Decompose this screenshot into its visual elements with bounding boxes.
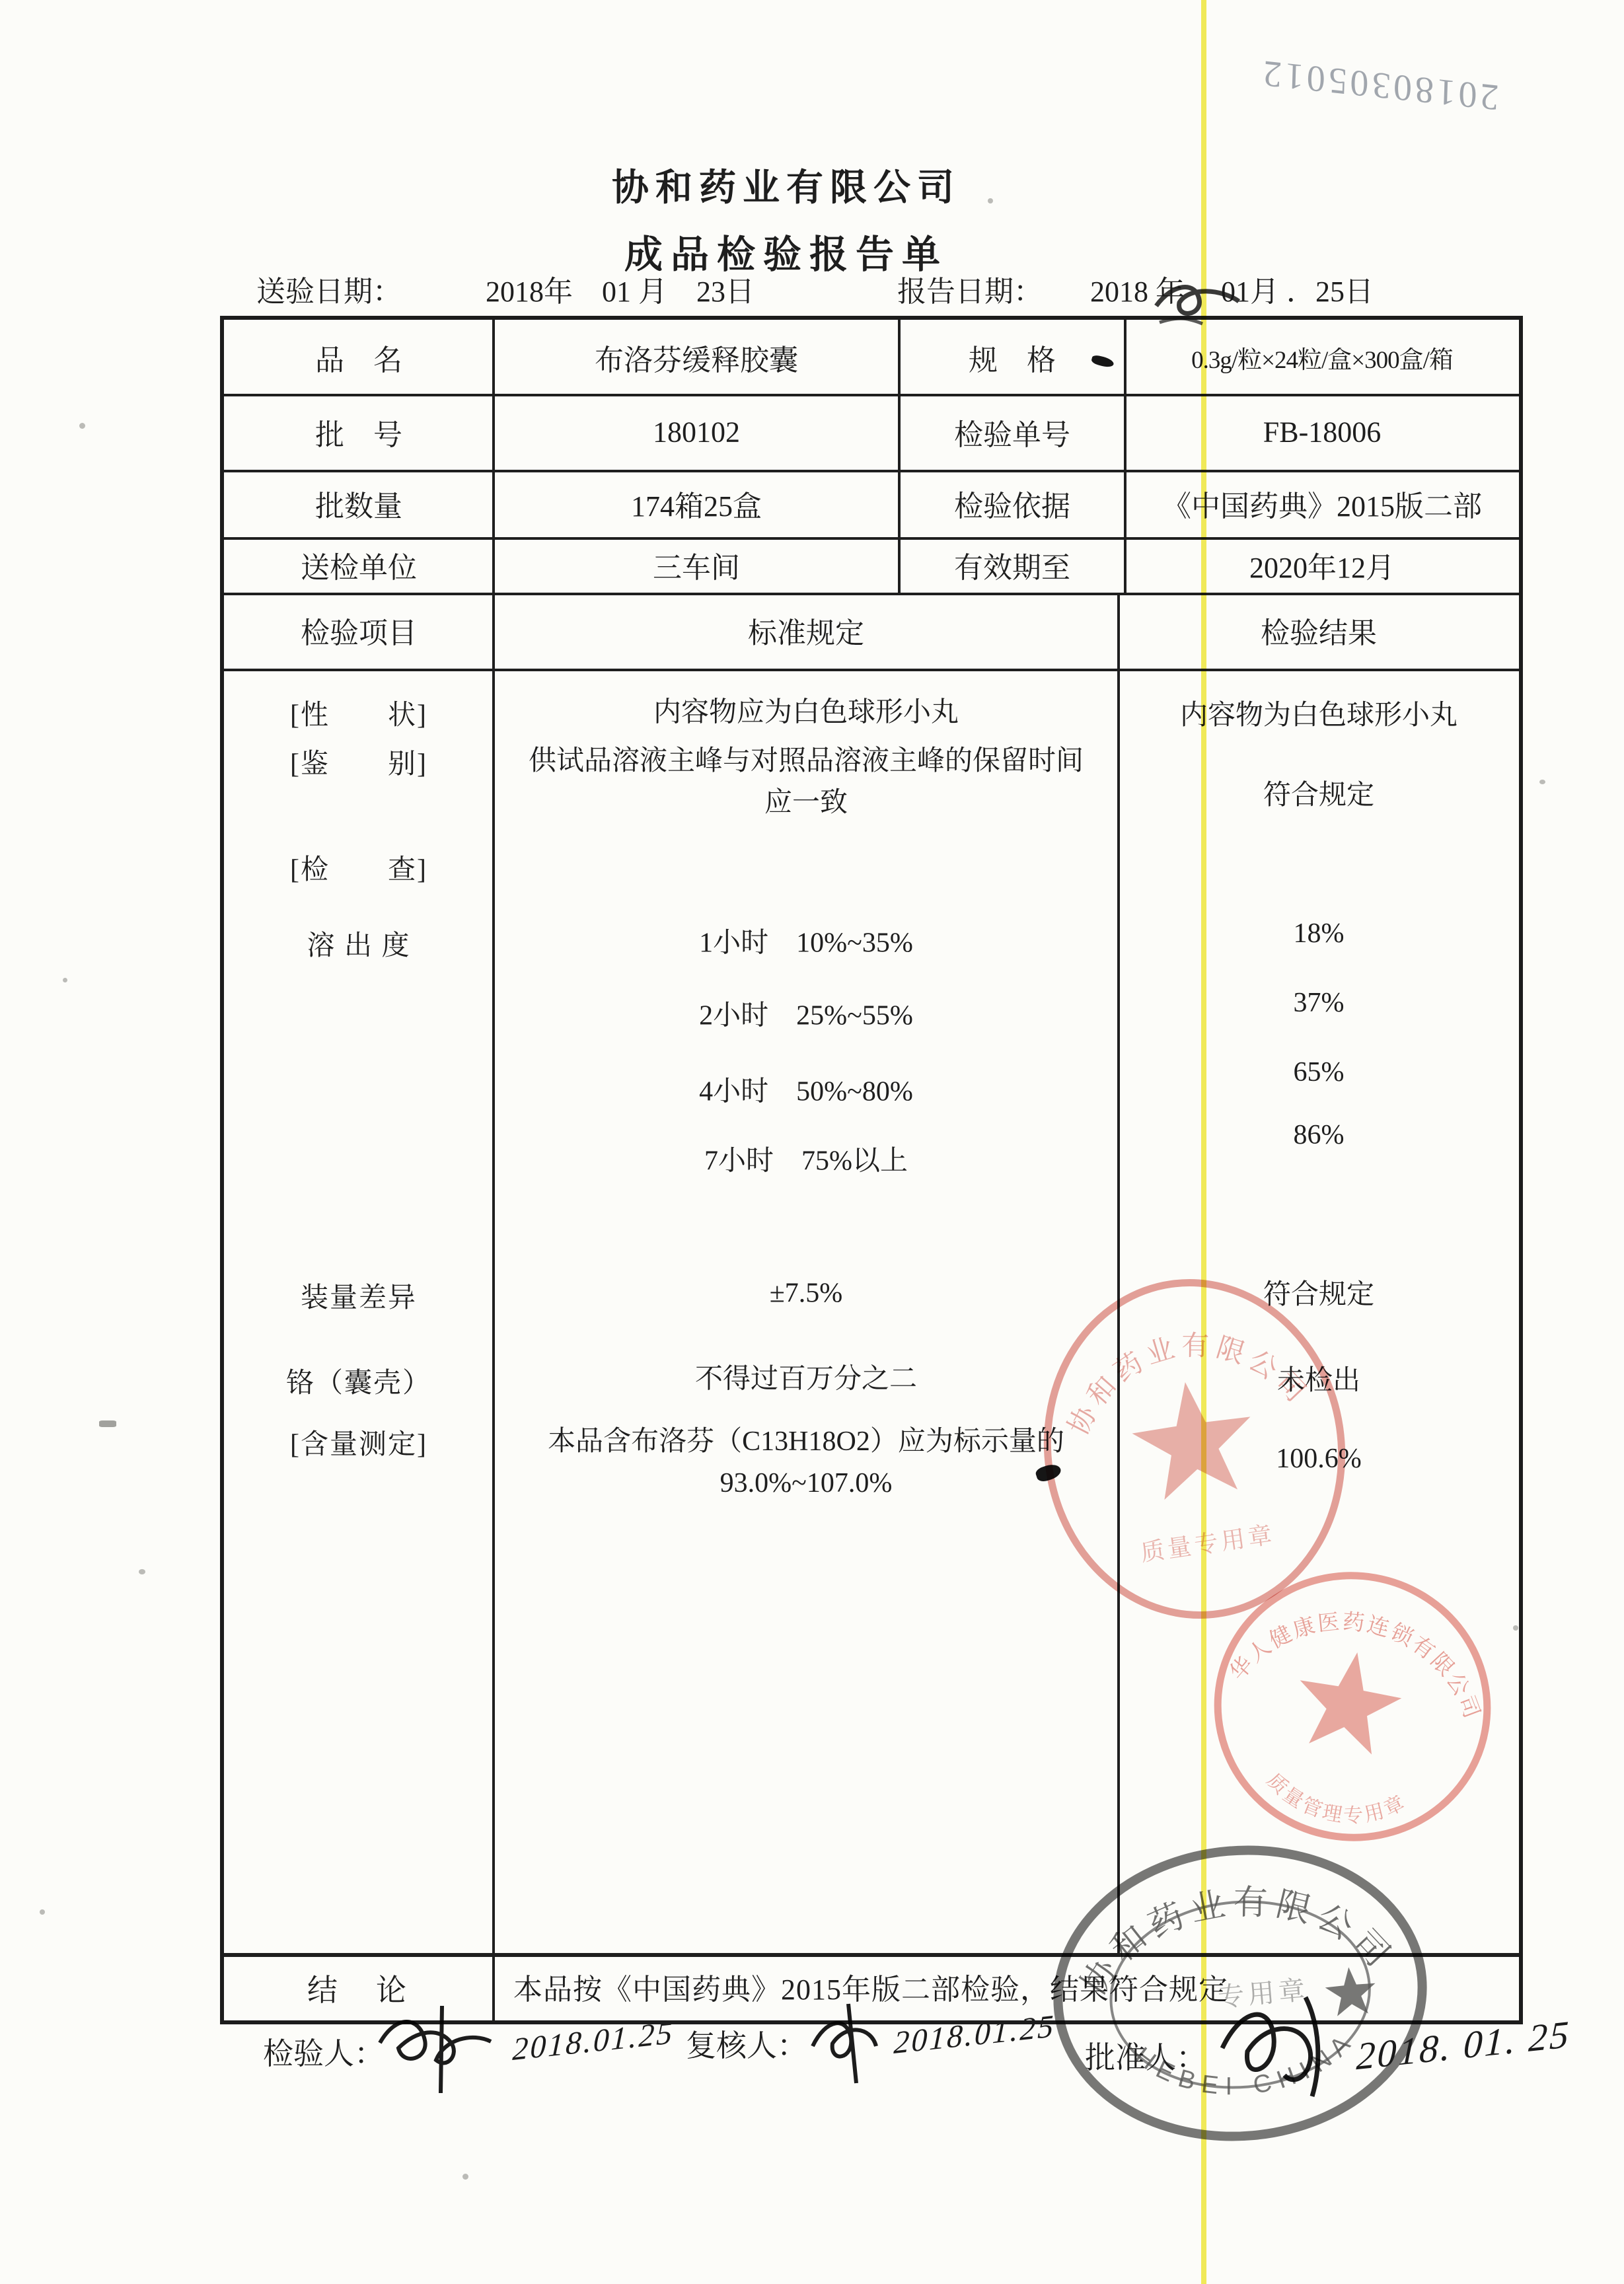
scan-speck xyxy=(139,1569,145,1574)
table-line xyxy=(224,470,1519,472)
test-result: 内容物为白色球形小丸 xyxy=(1124,693,1514,733)
submit-date-label: 送验日期： xyxy=(256,268,435,310)
svg-text:质量管理专用章: 质量管理专用章 xyxy=(1258,1767,1413,1838)
table-line xyxy=(224,537,1519,540)
column-header: 检验结果 xyxy=(1119,609,1519,651)
test-result: 符合规定 xyxy=(1124,773,1514,813)
scan-mark xyxy=(99,1420,116,1427)
test-item: 溶 出 度 xyxy=(229,924,488,963)
field-label: 规 格 xyxy=(899,336,1125,379)
scanned-inspection-report: 20180305012 协和药业有限公司 成品检验报告单 送验日期： 2018年… xyxy=(0,0,1624,2284)
scan-speck xyxy=(1539,780,1545,784)
field-value: 180102 xyxy=(494,416,899,449)
test-standard: 4小时 50%~80% xyxy=(499,1072,1113,1113)
field-value: FB-18006 xyxy=(1125,416,1519,449)
test-item: 铬（囊壳） xyxy=(229,1361,488,1401)
field-value: 0.3g/粒×24粒/盒×300盒/箱 xyxy=(1125,340,1519,375)
table-line xyxy=(224,593,1519,595)
scan-speck xyxy=(63,978,67,982)
test-standard: ±7.5% xyxy=(499,1273,1113,1315)
reviewer-signature xyxy=(807,1999,893,2091)
field-value: 2020年12月 xyxy=(1125,544,1519,586)
field-label: 检验单号 xyxy=(899,411,1125,453)
test-standard: 本品含布洛芬（C13H18O2）应为标示量的 93.0%~107.0% xyxy=(499,1421,1113,1504)
test-standard: 2小时 25%~55% xyxy=(499,996,1113,1037)
test-item: [检 查] xyxy=(229,848,488,887)
test-item: 装量差异 xyxy=(229,1276,488,1315)
field-value: 《中国药典》2015版二部 xyxy=(1125,482,1519,525)
field-value: 174箱25盒 xyxy=(494,482,899,525)
table-line xyxy=(224,669,1519,671)
test-result: 86% xyxy=(1124,1119,1514,1151)
ink-scribble xyxy=(1150,270,1249,329)
reviewer-label: 复核人： xyxy=(686,2022,807,2065)
test-result: 18% xyxy=(1124,918,1514,949)
field-value: 三车间 xyxy=(494,544,899,586)
test-result: 65% xyxy=(1124,1056,1514,1088)
scan-speck xyxy=(462,2174,468,2180)
field-label: 批 号 xyxy=(224,411,494,453)
scan-speck xyxy=(988,198,993,203)
approver-label: 批准人： xyxy=(1085,2034,1206,2077)
test-standard: 内容物应为白色球形小丸 xyxy=(499,692,1113,734)
field-label: 送检单位 xyxy=(224,544,494,586)
test-item: [含量测定] xyxy=(229,1422,488,1462)
inspector-signature xyxy=(373,2002,512,2098)
field-label: 检验依据 xyxy=(899,482,1125,525)
inspector-label: 检验人： xyxy=(263,2030,385,2073)
field-value: 布洛芬缓释胶囊 xyxy=(494,336,899,379)
scan-speck xyxy=(79,423,85,429)
column-header: 标准规定 xyxy=(494,609,1119,651)
test-standard: 不得过百万分之二 xyxy=(499,1359,1113,1401)
test-item: [性 状] xyxy=(229,693,488,733)
test-standard: 供试品溶液主峰与对照品溶液主峰的保留时间 应一致 xyxy=(499,741,1113,824)
table-line xyxy=(224,394,1519,396)
test-result: 37% xyxy=(1124,987,1514,1019)
test-standard: 7小时 75%以上 xyxy=(499,1141,1113,1183)
test-standard: 1小时 10%~35% xyxy=(499,923,1113,965)
red-stamp-lower: 华人健康医药连锁有限公司 质量管理专用章 xyxy=(1197,1556,1508,1860)
company-title: 协和药业有限公司 xyxy=(489,159,1084,211)
field-label: 批数量 xyxy=(224,482,494,525)
test-item: [鉴 别] xyxy=(229,742,488,782)
handwritten-doc-number: 20180305012 xyxy=(1234,48,1502,119)
approver-signature xyxy=(1214,1985,1373,2118)
submit-date-value: 2018年 01 月 23日 xyxy=(486,268,770,310)
column-header: 检验项目 xyxy=(224,609,494,651)
scanner-yellow-streak xyxy=(1201,0,1206,2284)
report-date-label: 报告日期： xyxy=(897,268,1076,310)
field-label: 有效期至 xyxy=(899,544,1125,586)
red-stamp-lower-inner-text: 质量管理专用章 xyxy=(1258,1767,1413,1838)
scan-speck xyxy=(40,1909,45,1915)
field-label: 品 名 xyxy=(224,336,494,379)
